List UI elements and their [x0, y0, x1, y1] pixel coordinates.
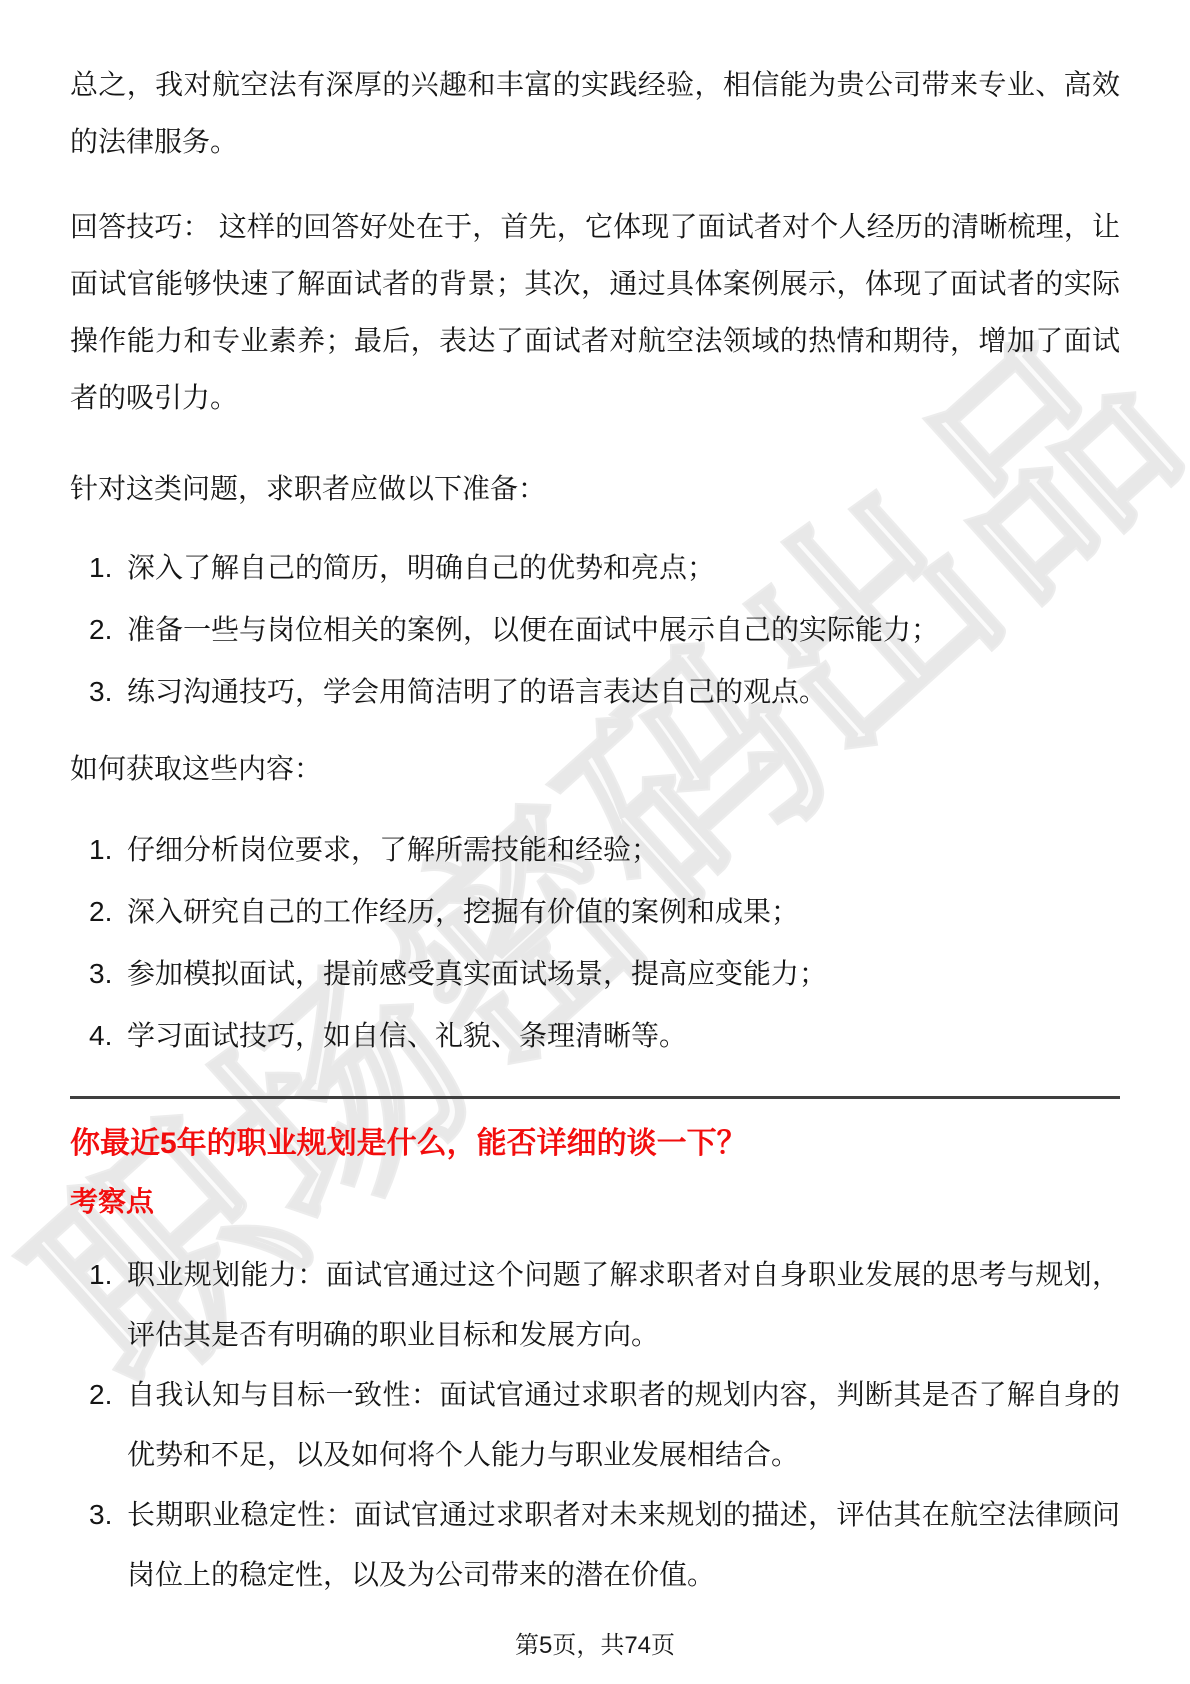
list-item-text: 准备一些与岗位相关的案例，以便在面试中展示自己的实际能力；	[127, 601, 1120, 658]
list-item: 3. 长期职业稳定性：面试官通过求职者对未来规划的描述，评估其在航空法律顾问岗位…	[70, 1485, 1120, 1605]
list-item-text: 学习面试技巧，如自信、礼貌、条理清晰等。	[127, 1007, 1120, 1064]
list-item-text: 自我认知与目标一致性：面试官通过求职者的规划内容，判断其是否了解自身的优势和不足…	[127, 1365, 1120, 1485]
list-item: 1. 职业规划能力：面试官通过这个问题了解求职者对自身职业发展的思考与规划，评估…	[70, 1245, 1120, 1365]
paragraph-summary: 总之，我对航空法有深厚的兴趣和丰富的实践经验，相信能为贵公司带来专业、高效的法律…	[70, 56, 1120, 170]
document-page: 总之，我对航空法有深厚的兴趣和丰富的实践经验，相信能为贵公司带来专业、高效的法律…	[0, 0, 1190, 1684]
list-item-text: 深入研究自己的工作经历，挖掘有价值的案例和成果；	[127, 883, 1120, 940]
list-item: 2. 准备一些与岗位相关的案例，以便在面试中展示自己的实际能力；	[70, 601, 1120, 658]
list-item-number: 2.	[70, 1365, 127, 1485]
list-item-text: 职业规划能力：面试官通过这个问题了解求职者对自身职业发展的思考与规划，评估其是否…	[127, 1245, 1120, 1365]
list-item-number: 1.	[70, 1245, 127, 1365]
page-footer: 第5页，共74页	[0, 1630, 1190, 1662]
section-divider	[70, 1096, 1120, 1099]
examine-points-list: 1. 职业规划能力：面试官通过这个问题了解求职者对自身职业发展的思考与规划，评估…	[70, 1245, 1120, 1605]
list-item-number: 2.	[70, 601, 127, 658]
paragraph-answer-tip: 回答技巧： 这样的回答好处在于，首先，它体现了面试者对个人经历的清晰梳理，让面试…	[70, 198, 1120, 426]
paragraph-prep-intro: 针对这类问题，求职者应做以下准备：	[70, 460, 1120, 517]
list-item-number: 3.	[70, 663, 127, 720]
list-item: 1. 仔细分析岗位要求，了解所需技能和经验；	[70, 821, 1120, 878]
list-item-number: 1.	[70, 539, 127, 596]
list-item: 3. 练习沟通技巧，学会用简洁明了的语言表达自己的观点。	[70, 663, 1120, 720]
list-item-number: 1.	[70, 821, 127, 878]
list-item-text: 练习沟通技巧，学会用简洁明了的语言表达自己的观点。	[127, 663, 1120, 720]
prep-list: 1. 深入了解自己的简历，明确自己的优势和亮点； 2. 准备一些与岗位相关的案例…	[70, 539, 1120, 720]
list-item: 2. 深入研究自己的工作经历，挖掘有价值的案例和成果；	[70, 883, 1120, 940]
list-item-text: 参加模拟面试，提前感受真实面试场景，提高应变能力；	[127, 945, 1120, 1002]
list-item-number: 2.	[70, 883, 127, 940]
paragraph-acquire-intro: 如何获取这些内容：	[70, 740, 1120, 797]
list-item: 3. 参加模拟面试，提前感受真实面试场景，提高应变能力；	[70, 945, 1120, 1002]
section-label-examine-points: 考察点	[70, 1173, 1120, 1231]
list-item-number: 4.	[70, 1007, 127, 1064]
list-item: 2. 自我认知与目标一致性：面试官通过求职者的规划内容，判断其是否了解自身的优势…	[70, 1365, 1120, 1485]
list-item: 4. 学习面试技巧，如自信、礼貌、条理清晰等。	[70, 1007, 1120, 1064]
list-item-text: 长期职业稳定性：面试官通过求职者对未来规划的描述，评估其在航空法律顾问岗位上的稳…	[127, 1485, 1120, 1605]
list-item: 1. 深入了解自己的简历，明确自己的优势和亮点；	[70, 539, 1120, 596]
list-item-number: 3.	[70, 1485, 127, 1605]
list-item-text: 深入了解自己的简历，明确自己的优势和亮点；	[127, 539, 1120, 596]
question-title: 你最近5年的职业规划是什么，能否详细的谈一下？	[70, 1115, 1120, 1173]
acquire-list: 1. 仔细分析岗位要求，了解所需技能和经验； 2. 深入研究自己的工作经历，挖掘…	[70, 821, 1120, 1064]
list-item-number: 3.	[70, 945, 127, 1002]
list-item-text: 仔细分析岗位要求，了解所需技能和经验；	[127, 821, 1120, 878]
